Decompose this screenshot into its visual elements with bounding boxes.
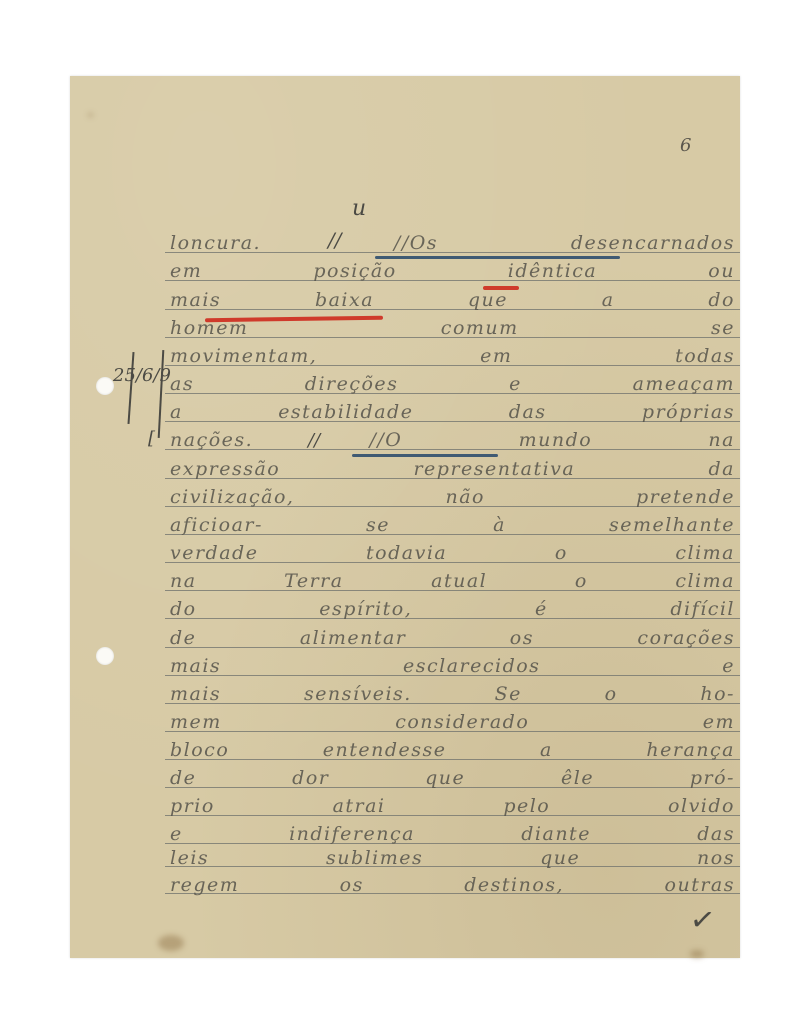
word: semelhante bbox=[609, 514, 735, 536]
word: destinos, bbox=[464, 874, 564, 896]
manuscript-line: prio atrai pelo olvido bbox=[170, 793, 735, 817]
word: estabilidade bbox=[278, 401, 413, 423]
word: direções bbox=[305, 373, 399, 395]
word: pelo bbox=[503, 795, 550, 817]
word: à bbox=[493, 514, 506, 536]
word: mundo bbox=[519, 429, 593, 451]
paper-stain bbox=[158, 935, 184, 951]
word: nos bbox=[697, 847, 735, 869]
word: da bbox=[708, 458, 735, 480]
margin-bracket-mark: [ bbox=[148, 428, 155, 449]
word: em bbox=[703, 711, 735, 733]
manuscript-line: leis sublimes que nos bbox=[170, 845, 735, 869]
word: expressão bbox=[170, 458, 280, 480]
word: loncura. bbox=[170, 232, 261, 254]
word: olvido bbox=[668, 795, 735, 817]
word: Se bbox=[495, 683, 522, 705]
word: leis bbox=[170, 847, 209, 869]
red-mark-identica bbox=[483, 286, 519, 290]
word: se bbox=[711, 317, 735, 339]
word: não bbox=[445, 486, 485, 508]
manuscript-line: de dor que êle pró- bbox=[170, 765, 735, 789]
word: e bbox=[170, 823, 183, 845]
word: atual bbox=[431, 570, 487, 592]
manuscript-line: a estabilidade das próprias bbox=[170, 399, 735, 423]
manuscript-line: mais esclarecidos e bbox=[170, 653, 735, 677]
word: o bbox=[605, 683, 618, 705]
word: herança bbox=[646, 739, 735, 761]
manuscript-line: expressão representativa da bbox=[170, 456, 735, 480]
word: nações. bbox=[170, 429, 253, 451]
word: desencarnados bbox=[571, 232, 735, 254]
word: representativa bbox=[413, 458, 575, 480]
word: os bbox=[340, 874, 364, 896]
word: esclarecidos bbox=[403, 655, 540, 677]
word: regem bbox=[170, 874, 239, 896]
word: //O bbox=[369, 429, 402, 451]
word: bloco bbox=[170, 739, 229, 761]
manuscript-line: verdade todavia o clima bbox=[170, 540, 735, 564]
page-number: 6 bbox=[680, 135, 691, 156]
word: mais bbox=[170, 655, 221, 677]
word: aficioar- bbox=[170, 514, 263, 536]
punch-hole-top bbox=[96, 377, 114, 395]
manuscript-line: movimentam, em todas bbox=[170, 343, 735, 367]
manuscript-line: mais baixa que a do bbox=[170, 287, 735, 311]
word: sensíveis. bbox=[304, 683, 412, 705]
word: do bbox=[170, 598, 197, 620]
word: movimentam, bbox=[170, 345, 317, 367]
word: a bbox=[540, 739, 553, 761]
word: a bbox=[170, 401, 183, 423]
manuscript-line: aficioar- se à semelhante bbox=[170, 512, 735, 536]
word: mem bbox=[170, 711, 222, 733]
word: difícil bbox=[670, 598, 735, 620]
manuscript-line: as direções e ameaçam bbox=[170, 371, 735, 395]
manuscript-line: e indiferença diante das bbox=[170, 821, 735, 845]
word: indiferença bbox=[289, 823, 415, 845]
blue-underline-o-mundo bbox=[352, 454, 498, 457]
punch-hole-bottom bbox=[96, 647, 114, 665]
word: espírito, bbox=[319, 598, 412, 620]
word: considerado bbox=[395, 711, 529, 733]
word: em bbox=[170, 260, 202, 282]
word: os bbox=[510, 627, 534, 649]
word: todavia bbox=[366, 542, 447, 564]
word: se bbox=[366, 514, 390, 536]
word: pretende bbox=[636, 486, 735, 508]
word: mais bbox=[170, 289, 221, 311]
word: a bbox=[602, 289, 615, 311]
manuscript-line: na Terra atual o clima bbox=[170, 568, 735, 592]
word: e bbox=[509, 373, 522, 395]
word: das bbox=[697, 823, 735, 845]
word: o bbox=[575, 570, 588, 592]
word: atrai bbox=[333, 795, 386, 817]
word: prio bbox=[170, 795, 215, 817]
manuscript-line: em posição idêntica ou bbox=[170, 258, 735, 282]
word: em bbox=[480, 345, 512, 367]
word: verdade bbox=[170, 542, 258, 564]
paper-stain bbox=[88, 113, 93, 117]
word: e bbox=[722, 655, 735, 677]
manuscript-line: do espírito, é difícil bbox=[170, 596, 735, 620]
word: que bbox=[468, 289, 508, 311]
word: de bbox=[170, 767, 196, 789]
word: posição bbox=[313, 260, 396, 282]
word: ou bbox=[708, 260, 735, 282]
manuscript-line: civilização, não pretende bbox=[170, 484, 735, 508]
word: outras bbox=[665, 874, 735, 896]
word: que bbox=[425, 767, 465, 789]
check-mark-icon: ✓ bbox=[688, 901, 718, 939]
manuscript-line: nações. //O mundo na bbox=[170, 427, 735, 451]
margin-mark-top: u bbox=[352, 196, 366, 221]
word: das bbox=[509, 401, 547, 423]
word: clima bbox=[675, 570, 735, 592]
word: é bbox=[535, 598, 548, 620]
word: dor bbox=[292, 767, 329, 789]
manuscript-line: loncura. //Os desencarnados bbox=[170, 230, 735, 254]
word: //Os bbox=[394, 232, 438, 254]
word: ho- bbox=[700, 683, 735, 705]
word: comum bbox=[441, 317, 519, 339]
word: que bbox=[540, 847, 580, 869]
word: as bbox=[170, 373, 194, 395]
word: de bbox=[170, 627, 196, 649]
word: todas bbox=[675, 345, 735, 367]
manuscript-line: bloco entendesse a herança bbox=[170, 737, 735, 761]
word: corações bbox=[637, 627, 735, 649]
word: idêntica bbox=[508, 260, 597, 282]
word: diante bbox=[521, 823, 591, 845]
word: baixa bbox=[315, 289, 374, 311]
word: civilização, bbox=[170, 486, 294, 508]
blue-underline-desencarnados bbox=[375, 256, 620, 259]
word: êle bbox=[561, 767, 594, 789]
word: na bbox=[170, 570, 197, 592]
word: próprias bbox=[642, 401, 735, 423]
word: sublimes bbox=[326, 847, 423, 869]
word: clima bbox=[675, 542, 735, 564]
manuscript-line: mais sensíveis. Se o ho- bbox=[170, 681, 735, 705]
word: Terra bbox=[284, 570, 343, 592]
word: do bbox=[708, 289, 735, 311]
word: pró- bbox=[690, 767, 735, 789]
word: o bbox=[555, 542, 568, 564]
word: ameaçam bbox=[633, 373, 735, 395]
manuscript-line: regem os destinos, outras bbox=[170, 872, 735, 896]
word: na bbox=[708, 429, 735, 451]
word: mais bbox=[170, 683, 221, 705]
manuscript-line: de alimentar os corações bbox=[170, 625, 735, 649]
manuscript-line: mem considerado em bbox=[170, 709, 735, 733]
word: entendesse bbox=[323, 739, 447, 761]
word: alimentar bbox=[300, 627, 407, 649]
paper-stain bbox=[690, 950, 704, 958]
